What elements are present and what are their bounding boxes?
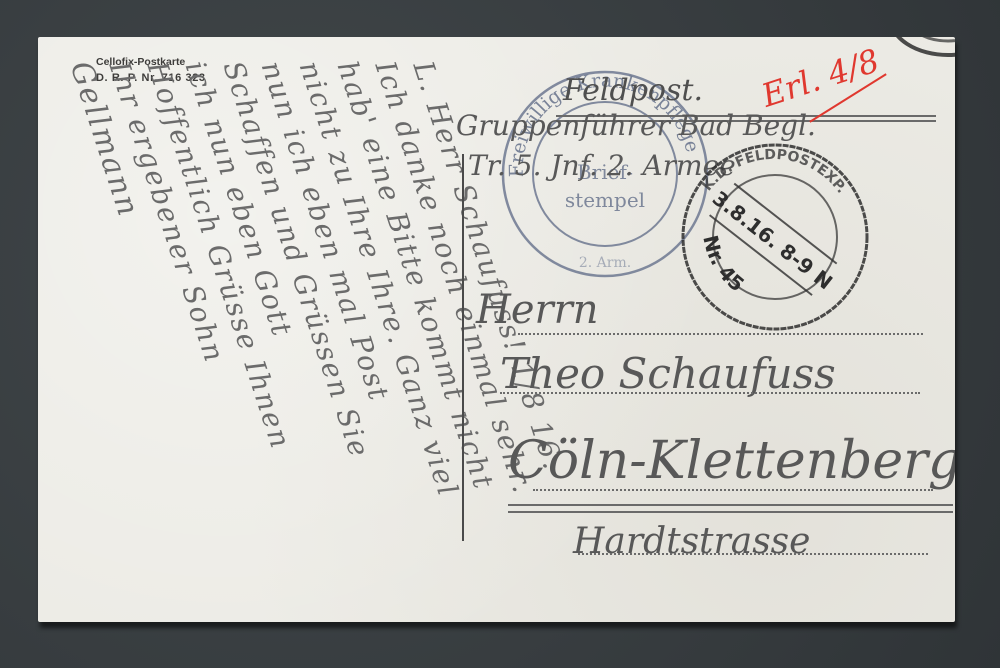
address-name: Theo Schaufuss	[500, 349, 836, 398]
address-city-underline	[508, 504, 953, 513]
svg-text:2. Arm.: 2. Arm.	[579, 255, 631, 271]
handwritten-message: L. Herr Schaufuss! 1/8 16.Ich danke noch…	[38, 37, 468, 622]
address-street: Hardtstrasse	[573, 521, 810, 562]
postmark: 3.8.16. 8-9 N K.D. FELDPOSTEXP. Nr. 45	[670, 132, 880, 342]
red-annotation: Erl. 4/8	[757, 41, 884, 114]
sender-feldpost: Feldpost.	[563, 73, 703, 108]
vertical-divider	[462, 154, 464, 541]
address-line-3	[533, 489, 933, 491]
address-city: Cöln-Klettenberg	[508, 431, 955, 491]
address-line-1	[518, 333, 923, 335]
postcard: Cellofix-Postkarte D. R. P. Nr. 716 323 …	[38, 37, 955, 622]
svg-text:stempel: stempel	[565, 188, 645, 212]
address-line-2	[500, 392, 920, 394]
address-line-4	[578, 553, 928, 555]
address-salutation: Herrn	[476, 287, 599, 333]
partial-postmark-corner	[888, 37, 955, 67]
